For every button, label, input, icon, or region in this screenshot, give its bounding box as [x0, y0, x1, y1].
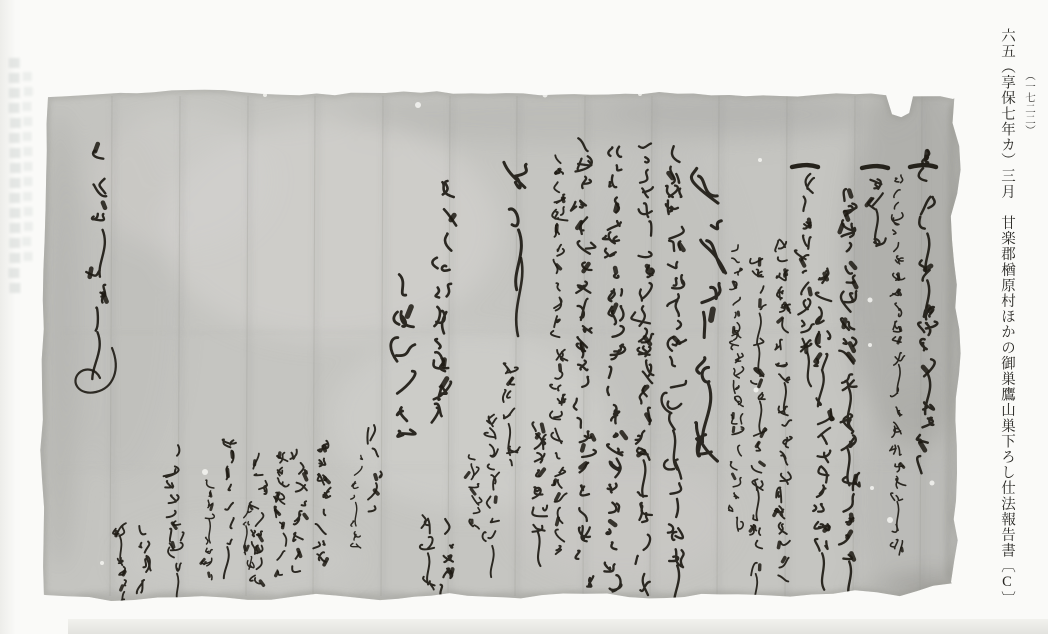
page-bottom-edge-shadow: [68, 619, 1048, 634]
manuscript-photo-svg: [0, 0, 1048, 634]
entry-title: 六五（享保七年カ）三月 甘楽郡楢原村ほかの御巣鷹山巣下ろし仕法報告書〔C〕: [997, 28, 1018, 613]
reverse-page-show-through: [8, 58, 32, 293]
manuscript-photo: [0, 0, 1048, 634]
entry-year-note: （一七二二）: [1022, 70, 1037, 136]
book-page: { "page": { "type": "scanned page from a…: [0, 0, 1048, 634]
